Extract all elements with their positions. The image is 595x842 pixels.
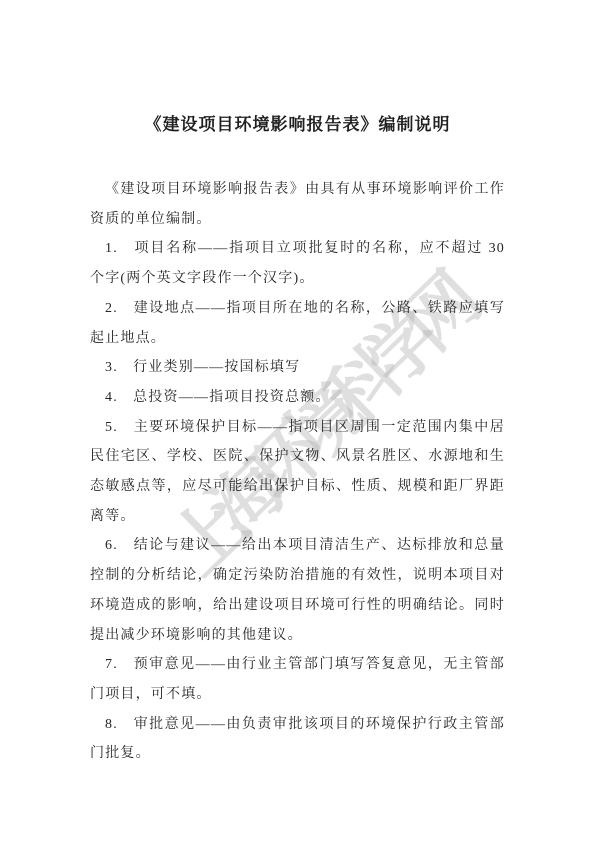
- document-page: 上海环境科学网 《建设项目环境影响报告表》编制说明 《建设项目环境影响报告表》由…: [0, 0, 595, 842]
- document-title: 《建设项目环境影响报告表》编制说明: [0, 112, 595, 138]
- list-item-4: 4. 总投资——指项目投资总额。: [90, 383, 505, 413]
- list-item-5: 5. 主要环境保护目标——指项目区周围一定范围内集中居民住宅区、学校、医院、保护…: [90, 413, 505, 532]
- list-item-1: 1. 项目名称——指项目立项批复时的名称，应不超过 30 个字(两个英文字段作一…: [90, 234, 505, 293]
- list-item-3: 3. 行业类别——按国标填写: [90, 353, 505, 383]
- list-item-2: 2. 建设地点——指项目所在地的名称，公路、铁路应填写起止地点。: [90, 294, 505, 353]
- intro-paragraph: 《建设项目环境影响报告表》由具有从事环境影响评价工作资质的单位编制。: [90, 175, 505, 234]
- list-item-7: 7. 预审意见——由行业主管部门填写答复意见，无主管部门项目，可不填。: [90, 650, 505, 709]
- document-body: 《建设项目环境影响报告表》由具有从事环境影响评价工作资质的单位编制。 1. 项目…: [90, 175, 505, 769]
- list-item-8: 8. 审批意见——由负责审批该项目的环境保护行政主管部门批复。: [90, 710, 505, 769]
- list-item-6: 6. 结论与建议——给出本项目清洁生产、达标排放和总量控制的分析结论，确定污染防…: [90, 531, 505, 650]
